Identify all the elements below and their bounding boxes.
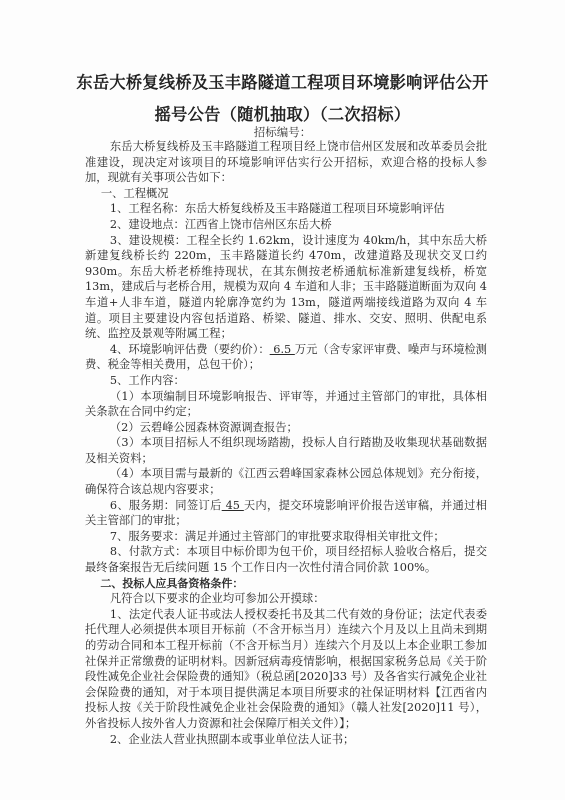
section1-item4: 4、环境影响评估费（要约价）： 6.5 万元（含专家评审费、噪声与环境检测费、税… (85, 342, 487, 373)
section1-item2: 2、建设地点：江西省上饶市信州区东岳大桥 (85, 217, 487, 233)
bid-number-label: 招标编号： (0, 124, 565, 140)
section1-item5-sub1: （1）本项编制目环境影响报告、评审等，并通过主管部门的审批，具体相关条款在合同中… (85, 389, 487, 420)
service-days: 45 (222, 499, 244, 512)
section1-heading: 一、工程概况 (85, 186, 487, 202)
document-title-line2: 摇号公告（随机抽取）（二次招标） (0, 101, 565, 125)
item6-prefix: 6、服务期：同签订后 (110, 499, 222, 512)
document-title-line1: 东岳大桥复线桥及玉丰路隧道工程项目环境影响评估公开 (0, 69, 565, 93)
section1-item5-sub3: （3）本项目招标人不组织现场踏勘，投标人自行踏勘及收集现状基础数据及相关资料； (85, 435, 487, 466)
section1-item7: 7、服务要求：满足并通过主管部门的审批要求取得相关审批文件； (85, 529, 487, 545)
document-body: 东岳大桥复线桥及玉丰路隧道工程项目经上饶市信州区发展和改革委员会批准建设，现决定… (85, 139, 487, 747)
section1-item5-heading: 5、工作内容： (85, 373, 487, 389)
fee-amount: 6.5 (270, 343, 295, 356)
section1-item5-sub2: （2）云碧峰公园森林资源调查报告； (85, 420, 487, 436)
section2-intro: 凡符合以下要求的企业均可参加公开摸球： (85, 591, 487, 607)
section1-item1: 1、工程名称：东岳大桥复线桥及玉丰路隧道工程项目环境影响评估 (85, 201, 487, 217)
section1-item8: 8、付款方式：本项目中标价即为包干价，项目经招标人验收合格后，提交最终备案报告无… (85, 544, 487, 575)
document-page: 东岳大桥复线桥及玉丰路隧道工程项目环境影响评估公开 摇号公告（随机抽取）（二次招… (0, 0, 565, 800)
section1-item3: 3、建设规模：工程全长约 1.62km，设计速度为 40km/h，其中东岳大桥新… (85, 233, 487, 342)
section2-heading: 二、投标人应具备资格条件： (85, 576, 487, 592)
section2-item2: 2、企业法人营业执照副本或事业单位法人证书； (85, 732, 487, 748)
section1-item6: 6、服务期：同签订后 45 天内，提交环境影响评价报告送审稿，并通过相关主管部门… (85, 498, 487, 529)
section2-item1: 1、法定代表人证书或法人授权委托书及其二代有效的身份证；法定代表委托代理人必须提… (85, 607, 487, 732)
item4-prefix: 4、环境影响评估费（要约价）： (110, 343, 270, 356)
section1-item5-sub4: （4）本项目需与最新的《江西云碧峰国家森林公园总体规划》充分衔接，确保符合该总规… (85, 466, 487, 497)
intro-paragraph: 东岳大桥复线桥及玉丰路隧道工程项目经上饶市信州区发展和改革委员会批准建设，现决定… (85, 139, 487, 186)
